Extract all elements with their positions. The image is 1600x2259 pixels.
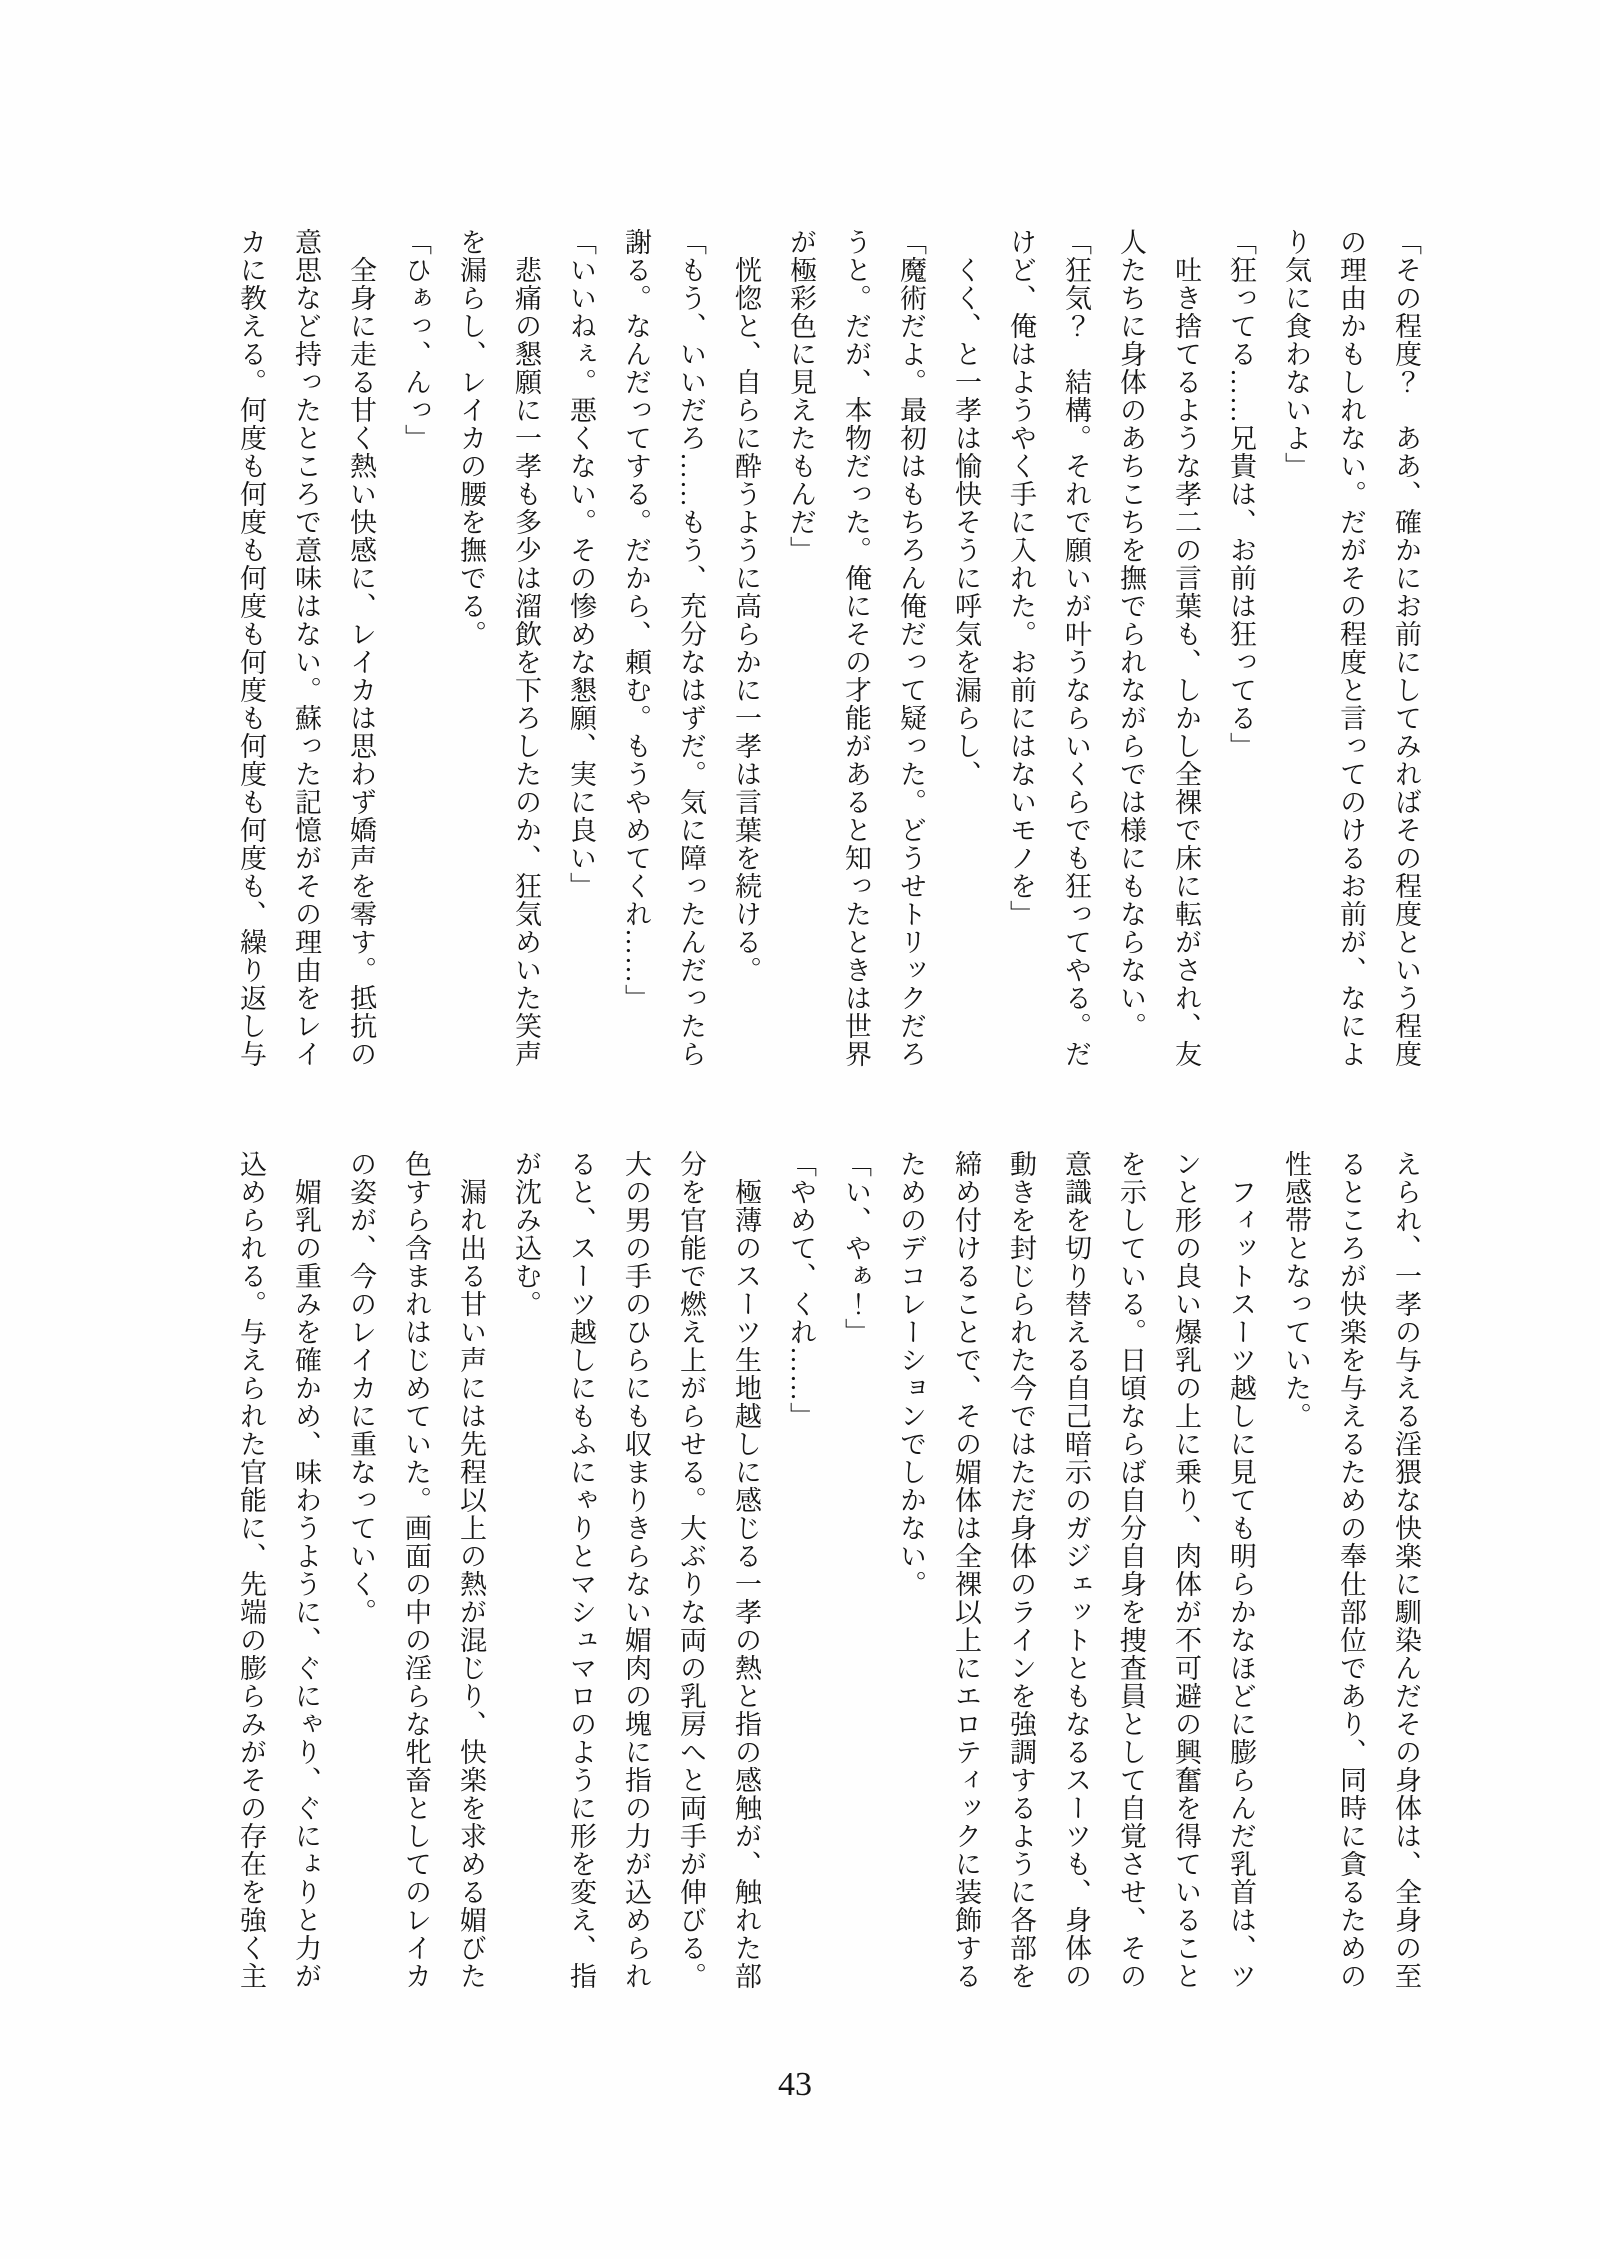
text-line: 「その程度？ ああ、確かにお前にしてみればその程度という程度 [1378, 228, 1433, 1080]
text-line: 大の男の手のひらにも収まりきらない媚肉の塊に指の力が込められ [608, 1150, 663, 2030]
text-line: 色すら含まれはじめていた。画面の中の淫らな牝畜としてのレイカ [388, 1150, 443, 2030]
bottom-text-block: えられ、一孝の与える淫猥な快楽に馴染んだその身体は、全身の至るところが快楽を与え… [223, 1150, 1433, 2030]
text-line: 「もう、いいだろ……もう、充分なはずだ。気に障ったんだったら [663, 228, 718, 1080]
text-line: うと。だが、本物だった。俺にその才能があると知ったときは世界 [828, 228, 883, 1080]
text-line: 全身に走る甘く熱い快感に、レイカは思わず嬌声を零す。抵抗の [333, 228, 388, 1080]
text-line: 動きを封じられた今ではただ身体のラインを強調するように各部を [993, 1150, 1048, 2030]
text-line: 込められる。与えられた官能に、先端の膨らみがその存在を強く主 [223, 1150, 278, 2030]
text-line: ンと形の良い爆乳の上に乗り、肉体が不可避の興奮を得ていること [1158, 1150, 1213, 2030]
text-line: 「い、やぁ！」 [828, 1150, 883, 2030]
text-line: 吐き捨てるような孝二の言葉も、しかし全裸で床に転がされ、友 [1158, 228, 1213, 1080]
text-line: カに教える。何度も何度も何度も何度も何度も何度も、繰り返し与 [223, 228, 278, 1080]
text-line: り気に食わないよ」 [1268, 228, 1323, 1080]
text-line: 分を官能で燃え上がらせる。大ぶりな両の乳房へと両手が伸びる。 [663, 1150, 718, 2030]
novel-page: 「その程度？ ああ、確かにお前にしてみればその程度という程度の理由かもしれない。… [0, 0, 1600, 2259]
text-line: 性感帯となっていた。 [1268, 1150, 1323, 2030]
text-line: 媚乳の重みを確かめ、味わうように、ぐにゃり、ぐにょりと力が [278, 1150, 333, 2030]
text-line: 人たちに身体のあちこちを撫でられながらでは様にもならない。 [1103, 228, 1158, 1080]
text-line: が沈み込む。 [498, 1150, 553, 2030]
text-line: を示している。日頃ならば自分自身を捜査員として自覚させ、その [1103, 1150, 1158, 2030]
text-line: 「魔術だよ。最初はもちろん俺だって疑った。どうせトリックだろ [883, 228, 938, 1080]
text-line: フィットスーツ越しに見ても明らかなほどに膨らんだ乳首は、ツ [1213, 1150, 1268, 2030]
text-line: 極薄のスーツ生地越しに感じる一孝の熱と指の感触が、触れた部 [718, 1150, 773, 2030]
text-line: 漏れ出る甘い声には先程以上の熱が混じり、快楽を求める媚びた [443, 1150, 498, 2030]
text-line: 悲痛の懇願に一孝も多少は溜飲を下ろしたのか、狂気めいた笑声 [498, 228, 553, 1080]
text-line: の姿が、今のレイカに重なっていく。 [333, 1150, 388, 2030]
page-number: 43 [0, 2066, 1590, 2104]
top-text-block: 「その程度？ ああ、確かにお前にしてみればその程度という程度の理由かもしれない。… [223, 228, 1433, 1080]
text-line: 締め付けることで、その媚体は全裸以上にエロティックに装飾する [938, 1150, 993, 2030]
text-line: 謝る。なんだってする。だから、頼む。もうやめてくれ……」 [608, 228, 663, 1080]
text-line: 「狂気？ 結構。それで願いが叶うならいくらでも狂ってやる。だ [1048, 228, 1103, 1080]
text-line: 「やめて、くれ……」 [773, 1150, 828, 2030]
text-line: ためのデコレーションでしかない。 [883, 1150, 938, 2030]
text-line: くく、と一孝は愉快そうに呼気を漏らし、 [938, 228, 993, 1080]
text-line: えられ、一孝の与える淫猥な快楽に馴染んだその身体は、全身の至 [1378, 1150, 1433, 2030]
text-line: 恍惚と、自らに酔うように高らかに一孝は言葉を続ける。 [718, 228, 773, 1080]
text-line: るところが快楽を与えるための奉仕部位であり、同時に貪るための [1323, 1150, 1378, 2030]
text-line: が極彩色に見えたもんだ」 [773, 228, 828, 1080]
text-line: 意識を切り替える自己暗示のガジェットともなるスーツも、身体の [1048, 1150, 1103, 2030]
text-line: 「ひぁっ、んっ」 [388, 228, 443, 1080]
text-line: けど、俺はようやく手に入れた。お前にはないモノを」 [993, 228, 1048, 1080]
text-line: の理由かもしれない。だがその程度と言ってのけるお前が、なによ [1323, 228, 1378, 1080]
text-line: を漏らし、レイカの腰を撫でる。 [443, 228, 498, 1080]
text-line: ると、スーツ越しにもふにゃりとマシュマロのように形を変え、指 [553, 1150, 608, 2030]
text-line: 意思など持ったところで意味はない。蘇った記憶がその理由をレイ [278, 228, 333, 1080]
text-line: 「狂ってる……兄貴は、お前は狂ってる」 [1213, 228, 1268, 1080]
text-line: 「いいねぇ。悪くない。その惨めな懇願、実に良い」 [553, 228, 608, 1080]
